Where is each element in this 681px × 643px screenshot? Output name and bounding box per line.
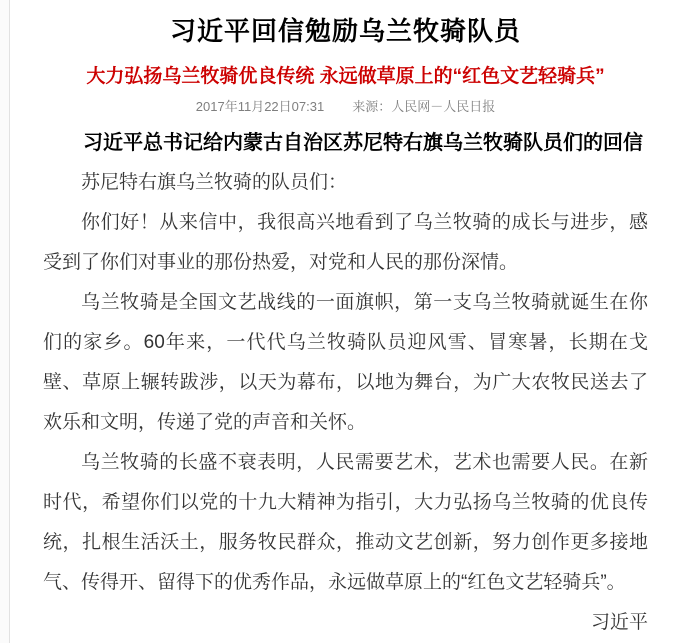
dateline: 2017年11月22日07:31来源：人民网－人民日报 — [43, 98, 648, 115]
article-body: 习近平总书记给内蒙古自治区苏尼特右旗乌兰牧骑队员们的回信 苏尼特右旗乌兰牧骑的队… — [43, 123, 648, 643]
letter-paragraph: 乌兰牧骑是全国文艺战线的一面旗帜，第一支乌兰牧骑就诞生在你们的家乡。60年来，一… — [43, 283, 648, 443]
letter-signature: 习近平 — [43, 603, 648, 643]
source-label: 来源：人民网－人民日报 — [352, 99, 495, 114]
letter-paragraph: 你们好！从来信中，我很高兴地看到了乌兰牧骑的成长与进步，感受到了你们对事业的那份… — [43, 203, 648, 283]
publish-datetime: 2017年11月22日07:31 — [196, 99, 324, 114]
page-left-edge — [0, 0, 10, 643]
letter-salutation: 苏尼特右旗乌兰牧骑的队员们： — [43, 163, 648, 203]
article-content: 习近平回信勉励乌兰牧骑队员 大力弘扬乌兰牧骑优良传统 永远做草原上的“红色文艺轻… — [10, 0, 681, 643]
letter-headline: 习近平总书记给内蒙古自治区苏尼特右旗乌兰牧骑队员们的回信 — [43, 123, 648, 163]
page-title: 习近平回信勉励乌兰牧骑队员 — [43, 14, 648, 48]
article-page: 习近平回信勉励乌兰牧骑队员 大力弘扬乌兰牧骑优良传统 永远做草原上的“红色文艺轻… — [0, 0, 681, 643]
article-header: 习近平回信勉励乌兰牧骑队员 大力弘扬乌兰牧骑优良传统 永远做草原上的“红色文艺轻… — [43, 14, 648, 115]
letter-paragraph: 乌兰牧骑的长盛不衰表明，人民需要艺术，艺术也需要人民。在新时代，希望你们以党的十… — [43, 443, 648, 603]
article-subtitle: 大力弘扬乌兰牧骑优良传统 永远做草原上的“红色文艺轻骑兵” — [43, 64, 648, 90]
